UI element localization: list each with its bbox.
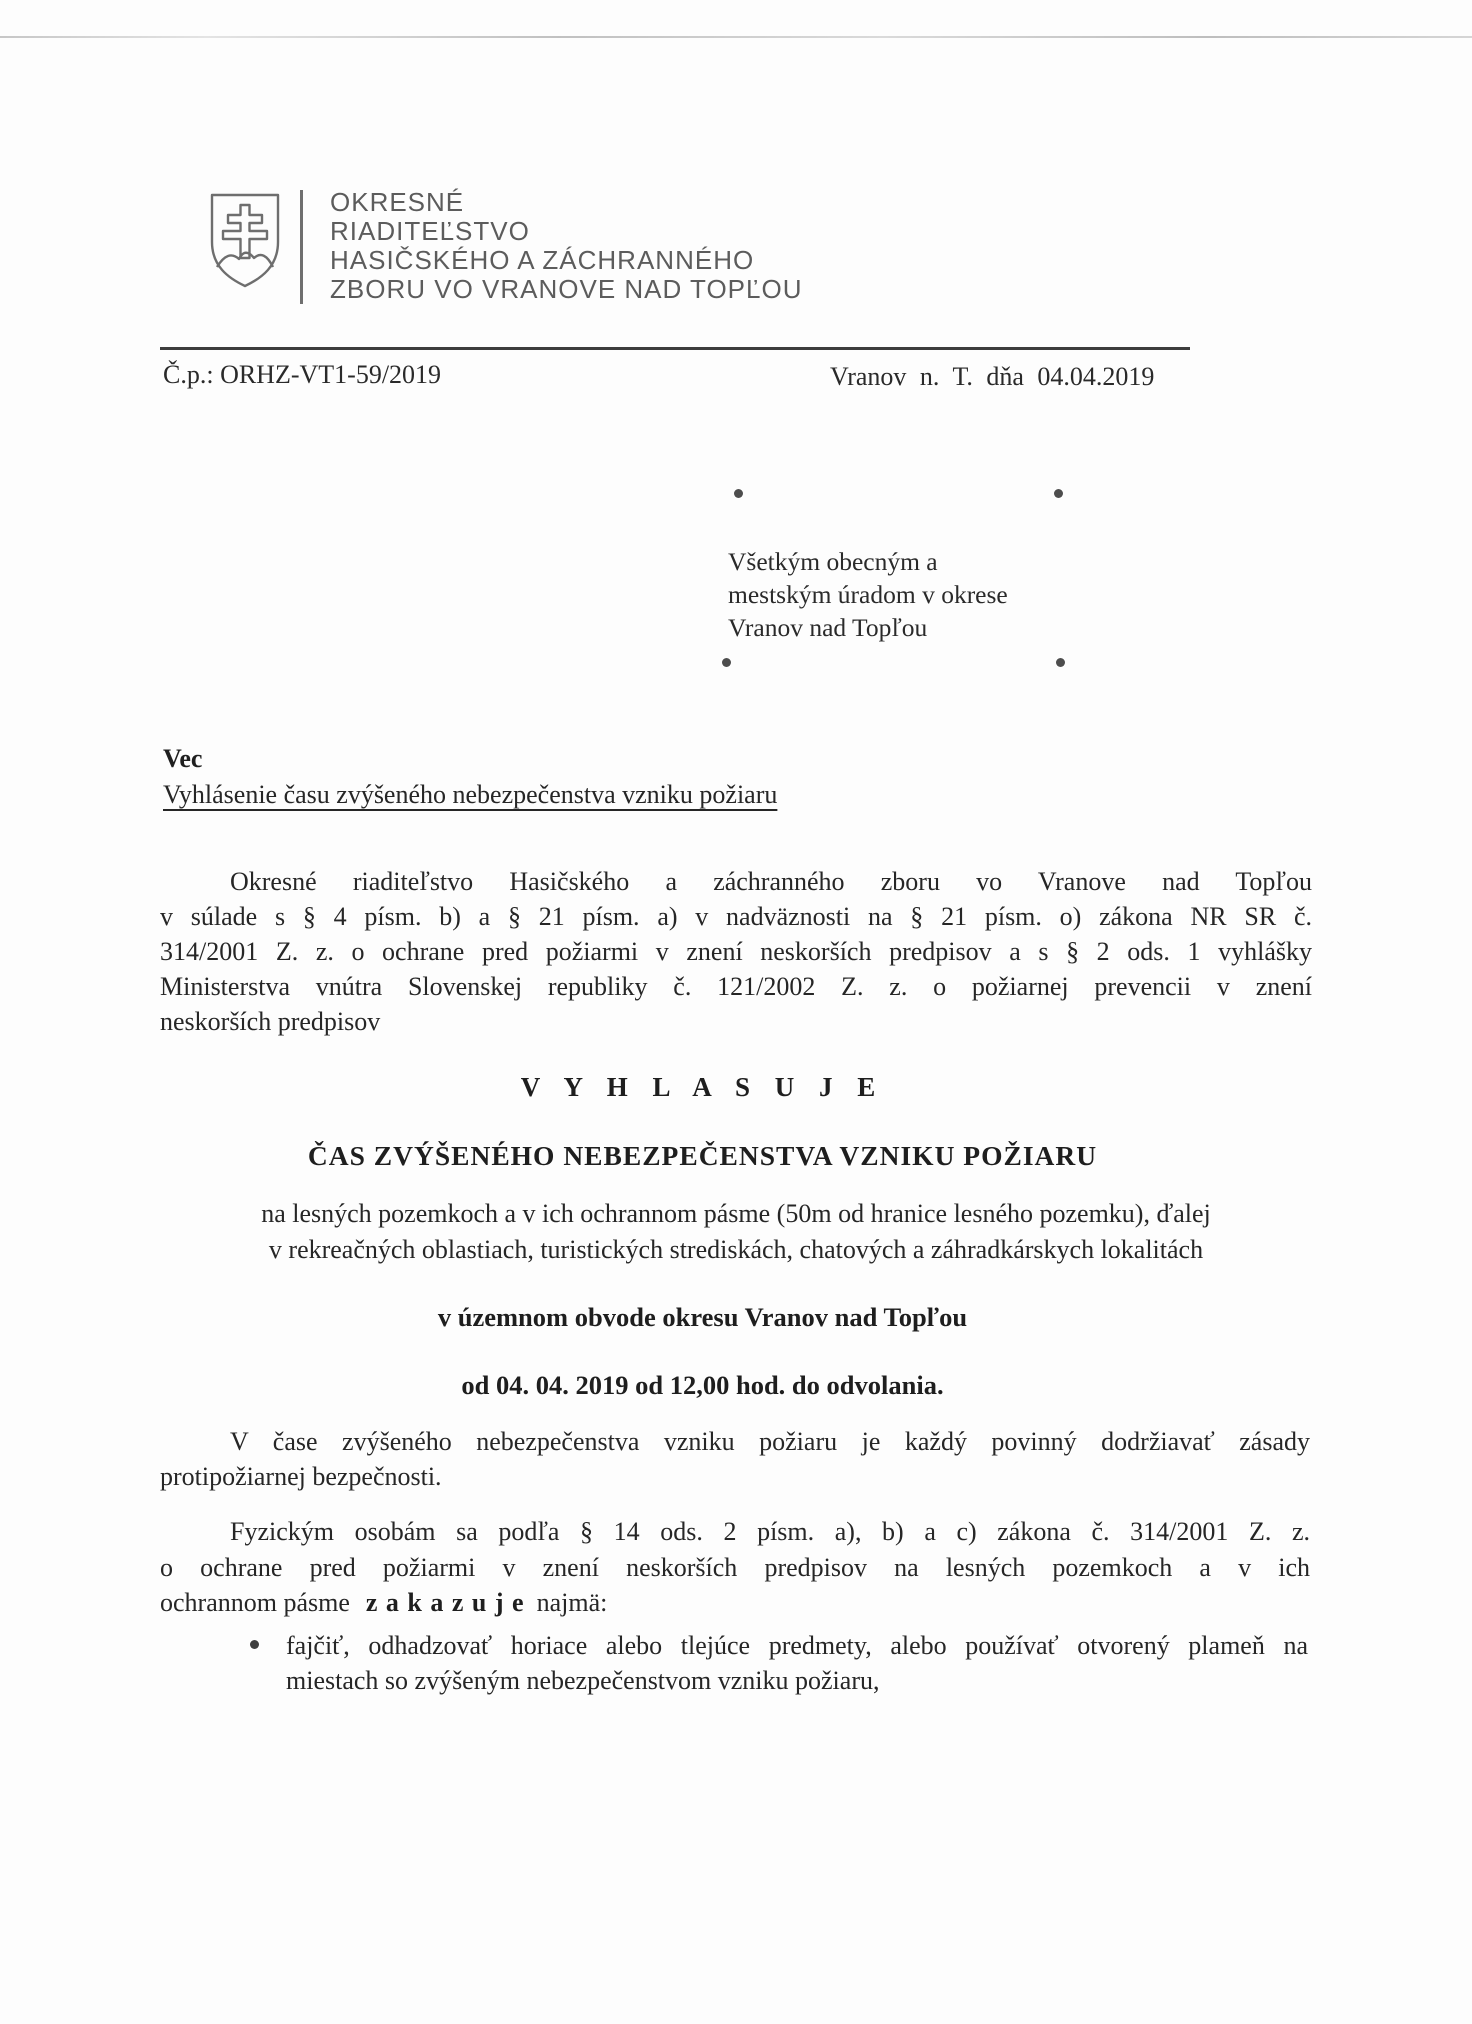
duty-line: protipožiarnej bezpečnosti. [160, 1459, 1310, 1494]
bullet-line: miestach so zvýšeným nebezpečenstvom vzn… [286, 1663, 1308, 1698]
scope-line: v rekreačných oblastiach, turistických s… [156, 1232, 1316, 1268]
bullet-icon [250, 1640, 259, 1649]
territory-line: v územnom obvode okresu Vranov nad Topľo… [160, 1300, 1245, 1335]
scanned-letter-page: OKRESNÉ RIADITEĽSTVO HASIČSKÉHO A ZÁCHRA… [0, 0, 1472, 2024]
addressee-line: Všetkým obecným a [728, 545, 1008, 578]
addressee-line: Vranov nad Topľou [728, 611, 1008, 644]
prohibition-line: ochrannom pásmez a k a z u j enajmä: [160, 1585, 1310, 1621]
file-number: Č.p.: ORHZ-VT1-59/2019 [163, 360, 441, 390]
prohibition-suffix: najmä: [537, 1588, 608, 1617]
scope-paragraph: na lesných pozemkoch a v ich ochrannom p… [156, 1196, 1316, 1268]
fold-mark-dot [722, 658, 731, 667]
letterhead-line: HASIČSKÉHO A ZÁCHRANNÉHO [330, 246, 802, 275]
letterhead-org-name: OKRESNÉ RIADITEĽSTVO HASIČSKÉHO A ZÁCHRA… [330, 188, 802, 304]
bullet-item: fajčiť, odhadzovať horiace alebo tlejúce… [286, 1628, 1308, 1698]
scan-artifact-line [0, 36, 1472, 38]
prohibition-keyword: z a k a z u j e [366, 1588, 525, 1617]
prohibition-paragraph: Fyzickým osobám sa podľa § 14 ods. 2 pís… [160, 1514, 1310, 1621]
letterhead-line: OKRESNÉ [330, 188, 802, 217]
bullet-line: fajčiť, odhadzovať horiace alebo tlejúce… [286, 1628, 1308, 1663]
prohibition-line: o ochrane pred požiarmi v znení neskorší… [160, 1550, 1310, 1586]
fold-mark-dot [1056, 658, 1065, 667]
intro-line: 314/2001 Z. z. o ochrane pred požiarmi v… [160, 934, 1312, 969]
intro-line: neskorších predpisov [160, 1004, 1312, 1039]
prohibition-line: Fyzickým osobám sa podľa § 14 ods. 2 pís… [160, 1514, 1310, 1550]
period-line: od 04. 04. 2019 od 12,00 hod. do odvolan… [160, 1368, 1245, 1403]
fold-mark-dot [734, 489, 743, 498]
subject-label: Vec [163, 744, 202, 774]
intro-line: Okresné riaditeľstvo Hasičského a záchra… [160, 864, 1312, 899]
addressee-block: Všetkým obecným a mestským úradom v okre… [728, 545, 1008, 644]
intro-line: v súlade s § 4 písm. b) a § 21 písm. a) … [160, 899, 1312, 934]
slovak-coat-of-arms-icon [206, 190, 284, 295]
fold-mark-dot [1054, 489, 1063, 498]
letterhead-line: RIADITEĽSTVO [330, 217, 802, 246]
letterhead-line: ZBORU VO VRANOVE NAD TOPĽOU [330, 275, 802, 304]
addressee-line: mestským úradom v okrese [728, 578, 1008, 611]
duty-line: V čase zvýšeného nebezpečenstva vzniku p… [160, 1424, 1310, 1459]
letterhead-divider [300, 190, 303, 304]
subject-title: Vyhlásenie času zvýšeného nebezpečenstva… [163, 780, 777, 810]
intro-paragraph: Okresné riaditeľstvo Hasičského a záchra… [160, 864, 1312, 1039]
declares-heading: V Y H L A S U J E [160, 1070, 1245, 1105]
place-and-date: Vranov n. T. dňa 04.04.2019 [830, 362, 1154, 392]
header-rule [160, 347, 1190, 350]
intro-line: Ministerstva vnútra Slovenskej republiky… [160, 969, 1312, 1004]
duty-paragraph: V čase zvýšeného nebezpečenstva vzniku p… [160, 1424, 1310, 1494]
declaration-title: ČAS ZVÝŠENÉHO NEBEZPEČENSTVA VZNIKU POŽI… [160, 1138, 1245, 1173]
prohibition-prefix: ochrannom pásme [160, 1588, 350, 1617]
scope-line: na lesných pozemkoch a v ich ochrannom p… [156, 1196, 1316, 1232]
